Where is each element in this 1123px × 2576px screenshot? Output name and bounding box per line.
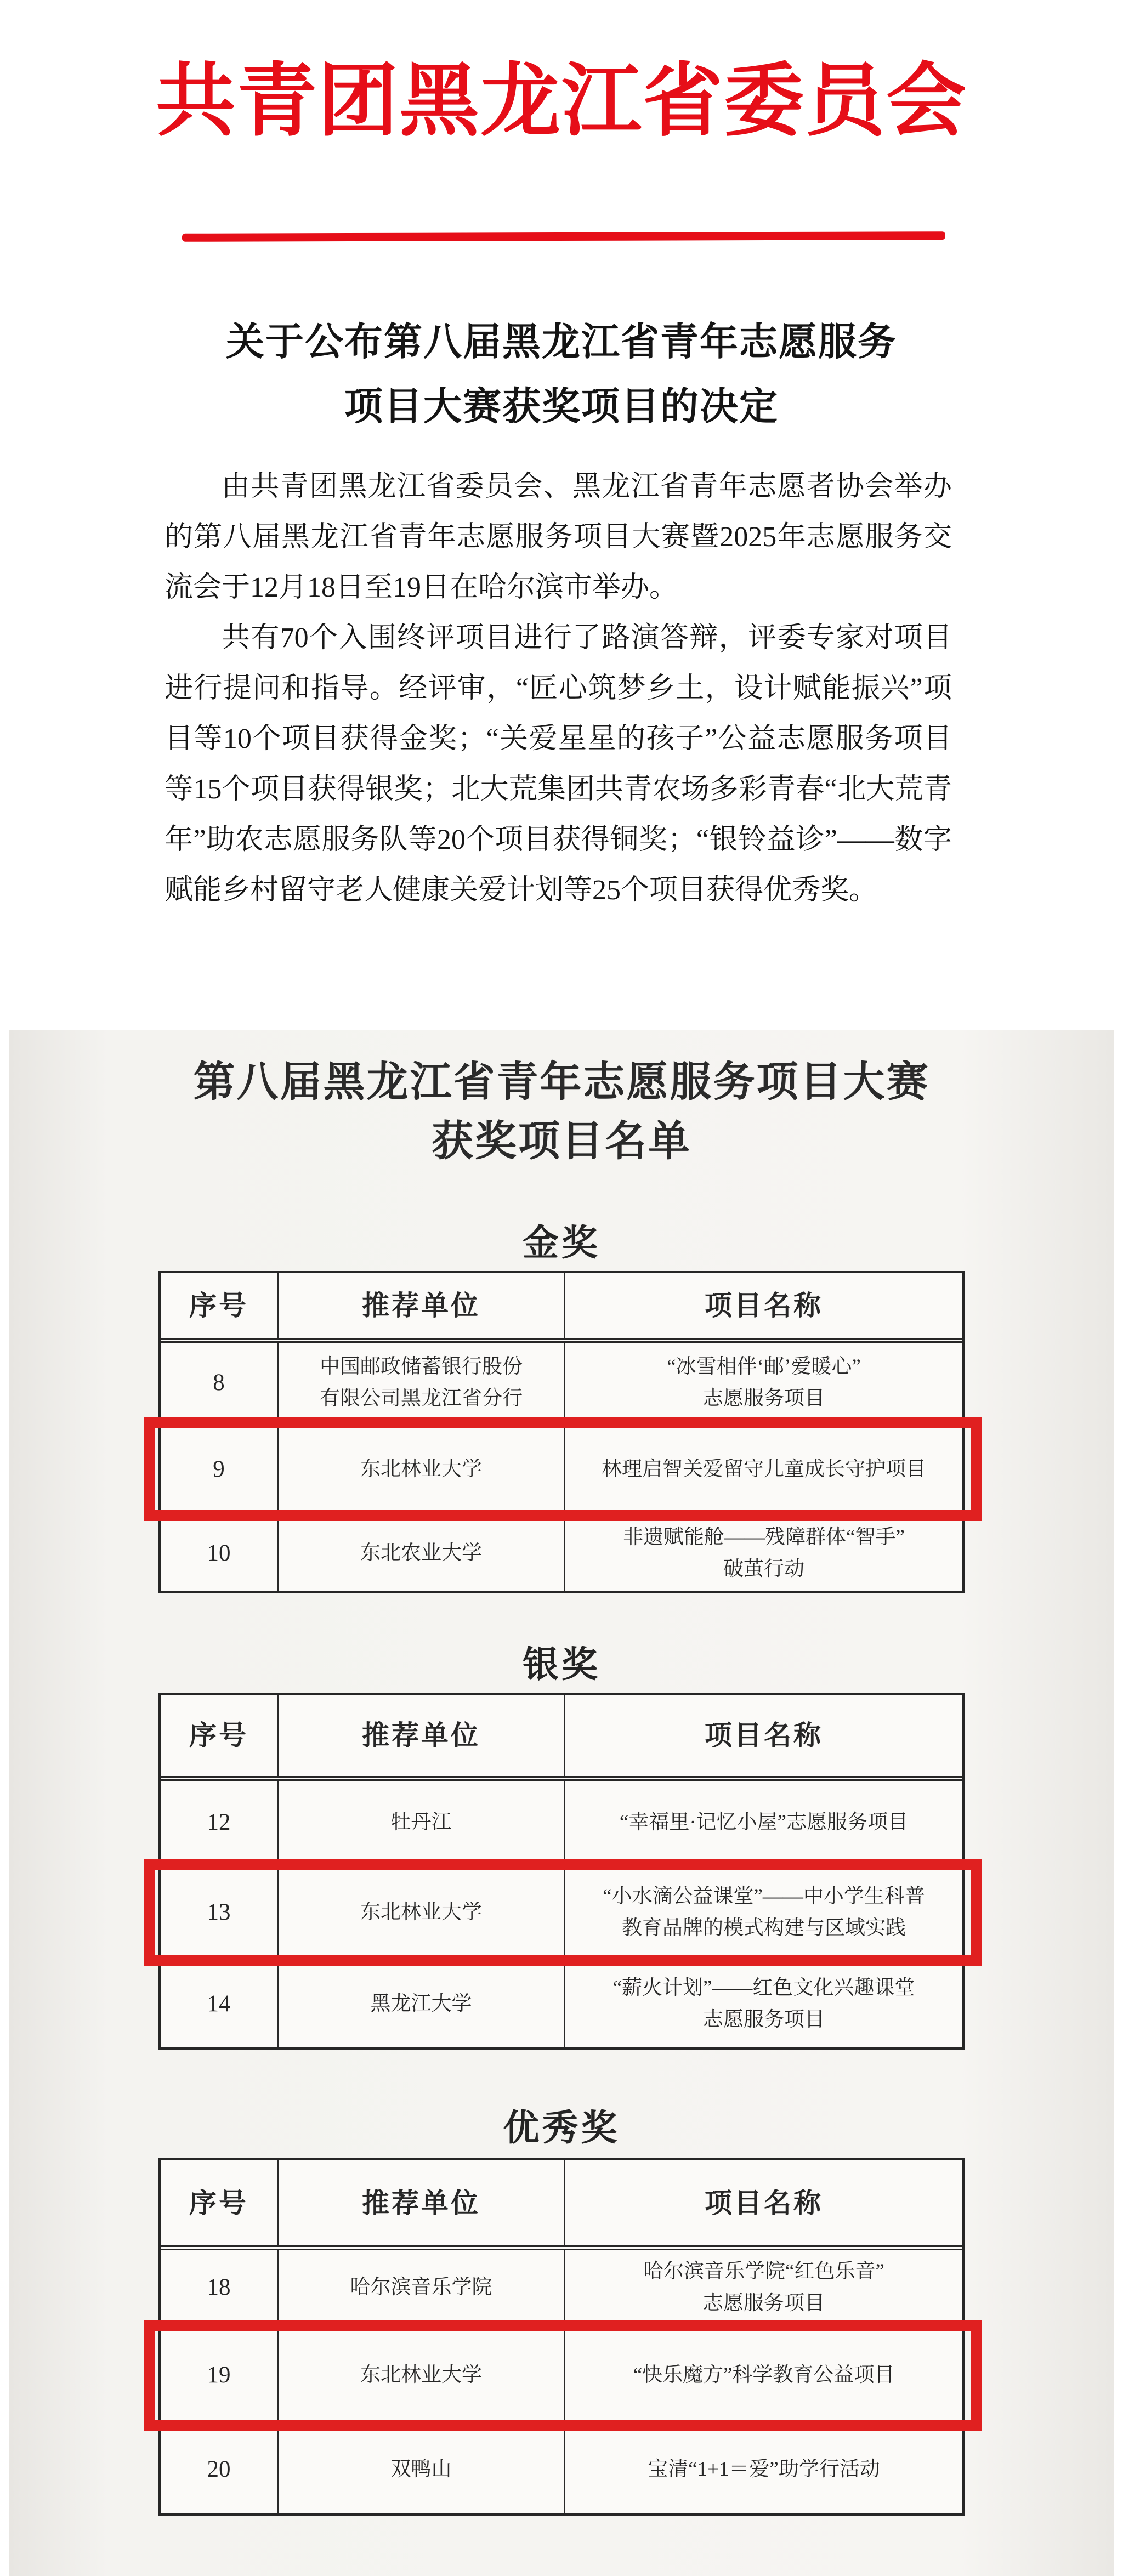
masthead-title: 共青团黑龙江省委员会 bbox=[0, 55, 1123, 148]
cell-unit: 东北林业大学 bbox=[277, 1424, 565, 1514]
document-title-line1: 关于公布第八届黑龙江省青年志愿服务 bbox=[0, 310, 1123, 375]
header-cell-project: 项目名称 bbox=[565, 1695, 962, 1776]
cell-unit: 黑龙江大学 bbox=[277, 1961, 565, 2047]
cell-serial: 20 bbox=[161, 2426, 277, 2513]
document-title: 关于公布第八届黑龙江省青年志愿服务 项目大赛获奖项目的决定 bbox=[0, 310, 1123, 440]
cell-project: “薪火计划”——红色文化兴趣课堂 志愿服务项目 bbox=[565, 1961, 962, 2047]
cell-project: 非遗赋能舱——残障群体“智手” 破茧行动 bbox=[565, 1516, 962, 1591]
header-cell-unit: 推荐单位 bbox=[277, 1695, 565, 1776]
cell-serial: 19 bbox=[161, 2327, 277, 2424]
awards-table-silver: 序号 推荐单位 项目名称 12 牡丹江 “幸福里·记忆小屋”志愿服务项目 13 … bbox=[158, 1693, 965, 2050]
header-cell-unit: 推荐单位 bbox=[277, 1273, 565, 1338]
cell-serial: 14 bbox=[161, 1961, 277, 2047]
table-row: 8 中国邮政储蓄银行股份 有限公司黑龙江省分行 “冰雪相伴‘邮’爱暖心” 志愿服… bbox=[161, 1343, 962, 1422]
table-row-highlighted: 19 东北林业大学 “快乐魔方”科学教育公益项目 bbox=[161, 2325, 962, 2424]
cell-serial: 12 bbox=[161, 1781, 277, 1864]
cell-serial: 10 bbox=[161, 1516, 277, 1591]
masthead-divider-rule bbox=[182, 231, 945, 242]
cell-unit: 中国邮政储蓄银行股份 有限公司黑龙江省分行 bbox=[277, 1343, 565, 1422]
cell-project: “幸福里·记忆小屋”志愿服务项目 bbox=[565, 1781, 962, 1864]
cell-serial: 8 bbox=[161, 1343, 277, 1422]
awards-table-excellence: 序号 推荐单位 项目名称 18 哈尔滨音乐学院 哈尔滨音乐学院“红色乐音” 志愿… bbox=[158, 2158, 965, 2516]
header-cell-project: 项目名称 bbox=[565, 1273, 962, 1338]
scan-attachment: 第八届黑龙江省青年志愿服务项目大赛 获奖项目名单 金奖 序号 推荐单位 项目名称… bbox=[9, 1030, 1114, 2576]
table-header-row: 序号 推荐单位 项目名称 bbox=[161, 2160, 962, 2250]
list-title-line1: 第八届黑龙江省青年志愿服务项目大赛 bbox=[9, 1053, 1114, 1112]
list-title: 第八届黑龙江省青年志愿服务项目大赛 获奖项目名单 bbox=[9, 1053, 1114, 1171]
header-cell-serial: 序号 bbox=[161, 1273, 277, 1338]
table-header-row: 序号 推荐单位 项目名称 bbox=[161, 1273, 962, 1343]
header-cell-serial: 序号 bbox=[161, 2160, 277, 2245]
cell-serial: 9 bbox=[161, 1424, 277, 1514]
table-row: 10 东北农业大学 非遗赋能舱——残障群体“智手” 破茧行动 bbox=[161, 1514, 962, 1591]
cell-unit: 双鸭山 bbox=[277, 2426, 565, 2513]
body-paragraph-1: 由共青团黑龙江省委员会、黑龙江省青年志愿者协会举办的第八届黑龙江省青年志愿服务项… bbox=[165, 462, 952, 613]
cell-unit: 哈尔滨音乐学院 bbox=[277, 2250, 565, 2325]
document-body: 由共青团黑龙江省委员会、黑龙江省青年志愿者协会举办的第八届黑龙江省青年志愿服务项… bbox=[165, 462, 952, 916]
list-title-line2: 获奖项目名单 bbox=[9, 1112, 1114, 1171]
table-row: 20 双鸭山 宝清“1+1＝爱”助学行活动 bbox=[161, 2424, 962, 2513]
table-row: 12 牡丹江 “幸福里·记忆小屋”志愿服务项目 bbox=[161, 1781, 962, 1864]
header-cell-serial: 序号 bbox=[161, 1695, 277, 1776]
cell-unit: 东北林业大学 bbox=[277, 2327, 565, 2424]
cell-project: 哈尔滨音乐学院“红色乐音” 志愿服务项目 bbox=[565, 2250, 962, 2325]
header-cell-unit: 推荐单位 bbox=[277, 2160, 565, 2245]
cell-project: 宝清“1+1＝爱”助学行活动 bbox=[565, 2426, 962, 2513]
cell-unit: 东北林业大学 bbox=[277, 1866, 565, 1959]
cell-project: “小水滴公益课堂”——中小学生科普 教育品牌的模式构建与区域实践 bbox=[565, 1866, 962, 1959]
document-title-line2: 项目大赛获奖项目的决定 bbox=[0, 375, 1123, 440]
award-heading-gold: 金奖 bbox=[9, 1223, 1114, 1264]
cell-project: “快乐魔方”科学教育公益项目 bbox=[565, 2327, 962, 2424]
table-row-highlighted: 9 东北林业大学 林理启智关爱留守儿童成长守护项目 bbox=[161, 1422, 962, 1514]
cell-serial: 18 bbox=[161, 2250, 277, 2325]
cell-unit: 东北农业大学 bbox=[277, 1516, 565, 1591]
table-header-row: 序号 推荐单位 项目名称 bbox=[161, 1695, 962, 1781]
table-row-highlighted: 13 东北林业大学 “小水滴公益课堂”——中小学生科普 教育品牌的模式构建与区域… bbox=[161, 1864, 962, 1959]
cell-project: 林理启智关爱留守儿童成长守护项目 bbox=[565, 1424, 962, 1514]
award-heading-silver: 银奖 bbox=[9, 1644, 1114, 1686]
cell-serial: 13 bbox=[161, 1866, 277, 1959]
cell-project: “冰雪相伴‘邮’爱暖心” 志愿服务项目 bbox=[565, 1343, 962, 1422]
body-paragraph-2: 共有70个入围终评项目进行了路演答辩，评委专家对项目进行提问和指导。经评审，“匠… bbox=[165, 613, 952, 916]
header-cell-project: 项目名称 bbox=[565, 2160, 962, 2245]
award-heading-excellence: 优秀奖 bbox=[9, 2108, 1114, 2149]
cell-unit: 牡丹江 bbox=[277, 1781, 565, 1864]
awards-table-gold: 序号 推荐单位 项目名称 8 中国邮政储蓄银行股份 有限公司黑龙江省分行 “冰雪… bbox=[158, 1271, 965, 1593]
table-row: 18 哈尔滨音乐学院 哈尔滨音乐学院“红色乐音” 志愿服务项目 bbox=[161, 2250, 962, 2325]
page: 共青团黑龙江省委员会 关于公布第八届黑龙江省青年志愿服务 项目大赛获奖项目的决定… bbox=[0, 0, 1123, 2576]
table-row: 14 黑龙江大学 “薪火计划”——红色文化兴趣课堂 志愿服务项目 bbox=[161, 1959, 962, 2047]
